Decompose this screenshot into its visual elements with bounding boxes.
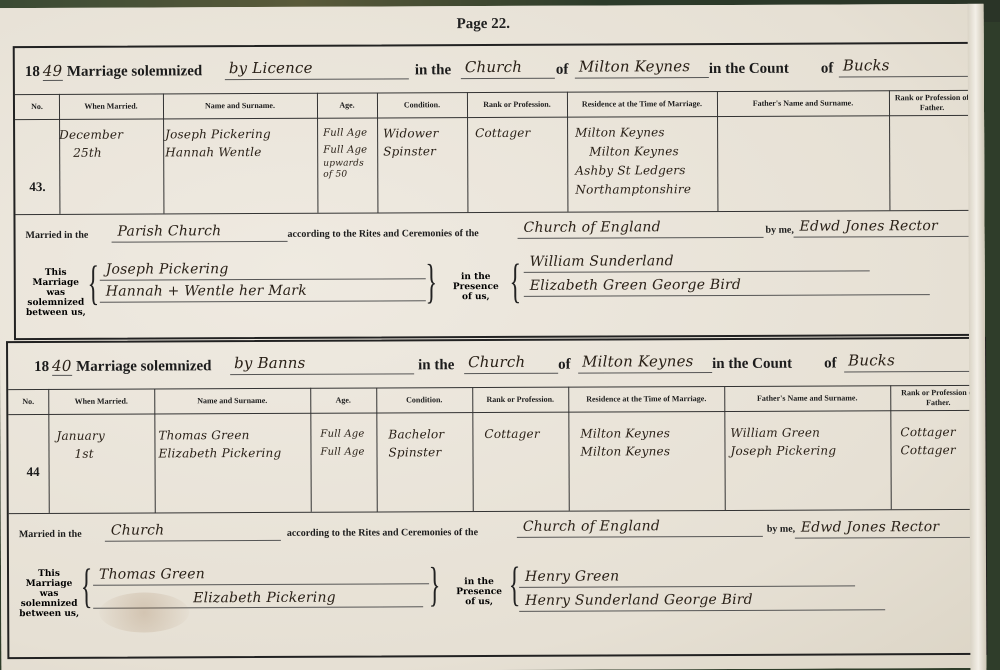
- witness-2: Elizabeth Green George Bird: [524, 274, 930, 297]
- marriage-solemnized-label: Marriage solemnized: [76, 358, 211, 376]
- rank-profession: Cottager: [475, 124, 530, 142]
- brace-right: }: [425, 258, 437, 306]
- names: Thomas GreenElizabeth Pickering: [158, 426, 281, 463]
- of-label-2: of: [824, 355, 837, 372]
- page-edge: [968, 4, 987, 670]
- parish: Milton Keynes: [578, 350, 712, 374]
- column-header: Name and Surname.: [154, 389, 310, 414]
- year-prefix: 18: [25, 64, 40, 81]
- column-header: Condition.: [377, 93, 467, 117]
- officiant: Edwd Jones Rector: [793, 216, 969, 238]
- of-label: of: [558, 357, 571, 374]
- married-in-label: Married in the: [19, 529, 82, 540]
- presence-label: in thePresenceof us,: [449, 577, 509, 607]
- year-suffix: 49: [43, 62, 63, 81]
- witness-2: Henry Sunderland George Bird: [519, 589, 885, 612]
- column-header: Name and Surname.: [163, 94, 317, 119]
- column-header: No.: [15, 95, 59, 119]
- marriage-solemnized-label: Marriage solemnized: [67, 63, 202, 81]
- by-me-label: by me,: [767, 524, 795, 535]
- year-prefix: 18: [34, 359, 49, 376]
- column-headers: No.When Married.Name and Surname.Age.Con…: [15, 90, 973, 120]
- married-in: Parish Church: [111, 221, 287, 243]
- names: Joseph PickeringHannah Wentle: [165, 125, 271, 161]
- page-number: Page 22.: [457, 16, 510, 33]
- column-header: Rank or Profession.: [472, 388, 568, 412]
- father-names: William GreenJoseph Pickering: [730, 424, 836, 460]
- column-header: Residence at the Time of Marriage.: [568, 387, 724, 412]
- brace-right: }: [429, 561, 441, 609]
- county-label: in the Count: [712, 356, 792, 373]
- column-header: When Married.: [59, 94, 163, 118]
- column-header: Age.: [310, 389, 376, 413]
- ages: Full AgeFull Ageupwards of 50: [323, 125, 375, 181]
- witness-1: Henry Green: [519, 565, 855, 587]
- of-label: of: [556, 62, 569, 79]
- entry-headline: 18 40 Marriage solemnized by Banns in th…: [8, 339, 984, 389]
- this-marriage-label: This Marriagewassolemnizedbetween us,: [15, 569, 83, 619]
- ink-stain: [99, 592, 189, 632]
- brace-witness: {: [509, 258, 521, 306]
- conditions: WidowerSpinster: [383, 124, 439, 160]
- presence-label: in thePresenceof us,: [446, 272, 506, 302]
- party-1: Joseph Pickering: [100, 258, 426, 280]
- county: Bucks: [844, 349, 978, 373]
- rites: Church of England: [517, 217, 763, 239]
- register-page: Page 22. 18 49 Marriage solemnized by Li…: [0, 4, 986, 670]
- brace-left: {: [81, 563, 93, 611]
- entry-headline: 18 49 Marriage solemnized by Licence in …: [15, 44, 973, 94]
- year-suffix: 40: [52, 357, 72, 376]
- officiant: Edwd Jones Rector: [795, 517, 981, 539]
- by-me-label: by me,: [766, 225, 794, 236]
- entry-number: 44: [27, 463, 40, 481]
- column-header: When Married.: [48, 389, 154, 413]
- married-in-label: Married in the: [26, 230, 89, 241]
- marriage-entry-44: 18 40 Marriage solemnized by Banns in th…: [6, 337, 987, 659]
- church-type: Church: [461, 56, 555, 79]
- residence: Milton KeynesMilton Keynes: [580, 424, 670, 460]
- entry-number: 43.: [29, 178, 45, 196]
- solemnized-by: by Licence: [225, 56, 409, 80]
- this-marriage-label: This Marriagewassolemnizedbetween us,: [22, 268, 90, 318]
- in-the-label: in the: [415, 62, 451, 79]
- rank-profession: Cottager: [484, 425, 539, 443]
- witness-1: William Sunderland: [524, 250, 870, 273]
- column-header: Rank or Profession.: [467, 93, 567, 117]
- divider: [15, 210, 973, 215]
- county-label: in the Count: [709, 61, 789, 78]
- column-header: Rank or Profession of Father.: [889, 91, 975, 115]
- solemnized-by: by Banns: [230, 351, 414, 375]
- column-header: Residence at the Time of Marriage.: [567, 92, 717, 117]
- according-label: according to the Rites and Ceremonies of…: [287, 527, 478, 539]
- column-header: Father's Name and Surname.: [724, 386, 890, 411]
- when-married: December25th: [59, 126, 123, 162]
- column-header: Age.: [317, 94, 377, 118]
- when-married: January1st: [56, 427, 105, 463]
- column-header: Condition.: [376, 388, 472, 412]
- ages: Full AgeFull Age: [320, 426, 364, 462]
- parish: Milton Keynes: [575, 55, 709, 79]
- residence: Milton KeynesMilton KeynesAshby St Ledge…: [575, 123, 691, 200]
- according-label: according to the Rites and Ceremonies of…: [288, 228, 479, 240]
- brace-left: {: [87, 260, 99, 308]
- father-ranks: CottagerCottager: [900, 423, 955, 459]
- marriage-entry-43: 18 49 Marriage solemnized by Licence in …: [13, 42, 976, 340]
- party-2: Hannah + Wentle her Mark: [100, 280, 426, 302]
- county: Bucks: [839, 54, 969, 78]
- column-header: No.: [8, 390, 48, 414]
- party-1: Thomas Green: [93, 563, 429, 585]
- in-the-label: in the: [418, 357, 454, 374]
- church-type: Church: [464, 351, 558, 374]
- married-in: Church: [105, 520, 281, 542]
- conditions: BachelorSpinster: [388, 425, 444, 461]
- rites: Church of England: [517, 516, 763, 538]
- of-label-2: of: [821, 61, 834, 78]
- column-header: Father's Name and Surname.: [717, 91, 889, 116]
